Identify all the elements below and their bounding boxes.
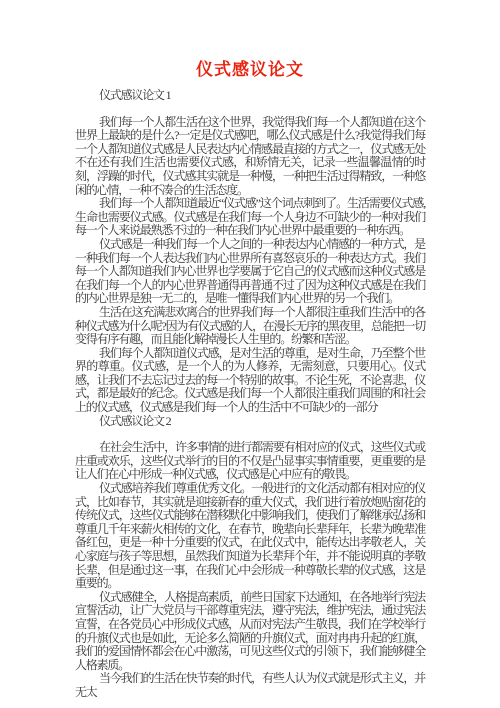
section-1-heading: 仪式感议论文 1 bbox=[75, 89, 425, 103]
paragraph: 我们每一个人都知道最近“仪式感”这个词点刺到了。生活需要仪式感,生命也需要仪式感… bbox=[75, 197, 425, 238]
paragraph: 我们每个人都知道仪式感，是对生活的尊重，是对生命，乃至整个世界的尊重。仪式感，是… bbox=[75, 347, 425, 415]
paragraph: 生活在这充满悲欢离合的世界我们每一个人都很注重我们生活中的各种仪式感为什么呢?因… bbox=[75, 306, 425, 347]
paragraph: 我们每一个人都生活在这个世界，我觉得我们每一个人都知道在这个世界上最缺的是什么?… bbox=[75, 116, 425, 198]
document-body: 仪式感议论文 1 我们每一个人都生活在这个世界，我觉得我们每一个人都知道在这个世… bbox=[75, 89, 425, 700]
paragraph: 当今我们的生活在快节奏的时代，有些人认为仪式就是形式主义，并无太 bbox=[75, 672, 425, 699]
section-2-heading: 仪式感议论文 2 bbox=[75, 415, 425, 429]
section-2: 仪式感议论文 2 在社会生活中，许多事情的进行都需要有相对应的仪式，这些仪式或庄… bbox=[75, 415, 425, 700]
paragraph: 在社会生活中，许多事情的进行都需要有相对应的仪式，这些仪式或庄重或欢乐，这些仪式… bbox=[75, 441, 425, 482]
paragraph: 仪式感是一种我们每一个人之间的一种表达内心情感的一种方式，是一种我们每一个人表达… bbox=[75, 238, 425, 306]
document-title: 仪式感议论文 bbox=[0, 0, 500, 80]
document-page: 仪式感议论文 仪式感议论文 1 我们每一个人都生活在这个世界，我觉得我们每一个人… bbox=[0, 0, 500, 708]
paragraph: 仪式感健全，人格提高素质，前些日国家下达通知，在各地举行宪法宣誓活动，让广大党员… bbox=[75, 591, 425, 673]
paragraph: 仪式感培养我们尊重优秀文化。一般进行的文化活动都有相对应的仪式，比如春节，其实就… bbox=[75, 482, 425, 591]
section-1: 仪式感议论文 1 我们每一个人都生活在这个世界，我觉得我们每一个人都知道在这个世… bbox=[75, 89, 425, 415]
